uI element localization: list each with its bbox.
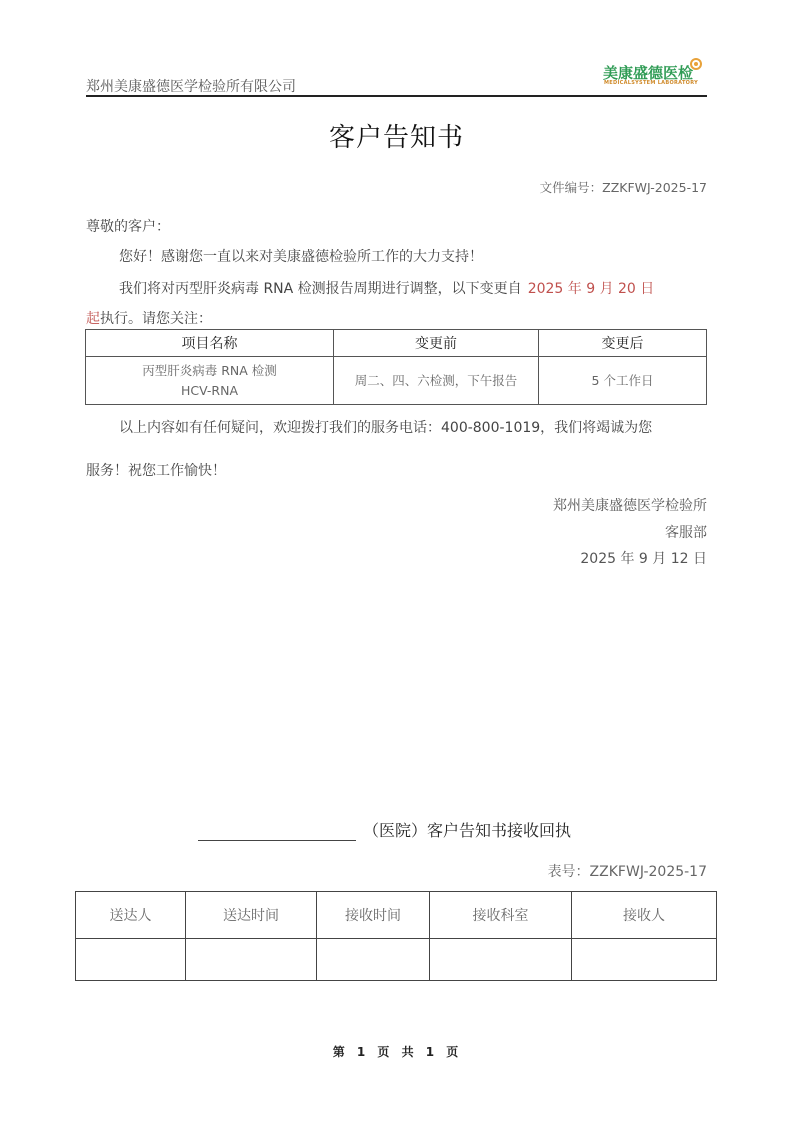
table-row xyxy=(76,939,717,981)
contact-paragraph-line1: 以上内容如有任何疑问，欢迎拨打我们的服务电话：400-800-1019，我们将竭… xyxy=(119,417,652,437)
header-receive-time: 接收时间 xyxy=(317,892,430,939)
document-number: 文件编号：ZZKFWJ-2025-17 xyxy=(540,178,707,196)
change-table-header-row: 项目名称 变更前 变更后 xyxy=(86,330,707,357)
header-send-time: 送达时间 xyxy=(186,892,317,939)
form-number: 表号：ZZKFWJ-2025-17 xyxy=(548,861,707,881)
notice-text: 我们将对丙型肝炎病毒 RNA 检测报告周期进行调整，以下变更自 xyxy=(119,281,522,297)
receipt-title: （医院）客户告知书接收回执 xyxy=(363,818,571,841)
contact-paragraph-line2: 服务！祝您工作愉快！ xyxy=(86,460,226,480)
change-table: 项目名称 变更前 变更后 丙型肝炎病毒 RNA 检测 HCV-RNA 周二、四、… xyxy=(85,329,707,405)
notice-paragraph-line1: 我们将对丙型肝炎病毒 RNA 检测报告周期进行调整，以下变更自2025 年 9 … xyxy=(119,278,654,298)
receipt-table: 送达人 送达时间 接收时间 接收科室 接收人 xyxy=(75,891,717,981)
header-sender: 送达人 xyxy=(76,892,186,939)
cell-before: 周二、四、六检测，下午报告 xyxy=(334,357,539,405)
header-receiver: 接收人 xyxy=(572,892,717,939)
cell-receive-time[interactable] xyxy=(317,939,430,981)
cell-item-name: 丙型肝炎病毒 RNA 检测 HCV-RNA xyxy=(86,357,334,405)
cell-receive-dept[interactable] xyxy=(430,939,572,981)
cell-sender[interactable] xyxy=(76,939,186,981)
hospital-name-blank[interactable] xyxy=(198,840,356,841)
item-name-cn: 丙型肝炎病毒 RNA 检测 xyxy=(86,361,333,381)
effective-date-end: 起 xyxy=(86,311,100,327)
logo-emblem-icon xyxy=(690,58,702,70)
header-receive-dept: 接收科室 xyxy=(430,892,572,939)
cell-send-time[interactable] xyxy=(186,939,317,981)
salutation: 尊敬的客户： xyxy=(86,216,170,236)
signature-dept: 客服部 xyxy=(665,522,707,542)
effective-date: 2025 年 9 月 20 日 xyxy=(528,281,655,297)
notice-paragraph-line2: 起执行。请您关注： xyxy=(86,308,212,328)
header-company-name: 郑州美康盛德医学检验所有限公司 xyxy=(86,76,296,96)
notice-text-suffix: 执行。请您关注： xyxy=(100,311,212,327)
signature-date: 2025 年 9 月 12 日 xyxy=(580,548,707,568)
item-name-code: HCV-RNA xyxy=(86,381,333,401)
logo-text-en: MEDICALSYSTEM LABORATORY xyxy=(604,80,698,86)
header-item-name: 项目名称 xyxy=(86,330,334,357)
company-logo: 美康盛德医检 MEDICALSYSTEM LABORATORY xyxy=(600,58,710,92)
greeting-paragraph: 您好！感谢您一直以来对美康盛德检验所工作的大力支持！ xyxy=(119,246,483,266)
page-number: 第 1 页 共 1 页 xyxy=(0,1043,793,1060)
header-after: 变更后 xyxy=(539,330,707,357)
cell-receiver[interactable] xyxy=(572,939,717,981)
header-before: 变更前 xyxy=(334,330,539,357)
header-divider xyxy=(86,95,707,97)
table-row: 丙型肝炎病毒 RNA 检测 HCV-RNA 周二、四、六检测，下午报告 5 个工… xyxy=(86,357,707,405)
cell-after: 5 个工作日 xyxy=(539,357,707,405)
receipt-header-row: 送达人 送达时间 接收时间 接收科室 接收人 xyxy=(76,892,717,939)
signature-org: 郑州美康盛德医学检验所 xyxy=(553,495,707,515)
document-title: 客户告知书 xyxy=(0,117,793,154)
